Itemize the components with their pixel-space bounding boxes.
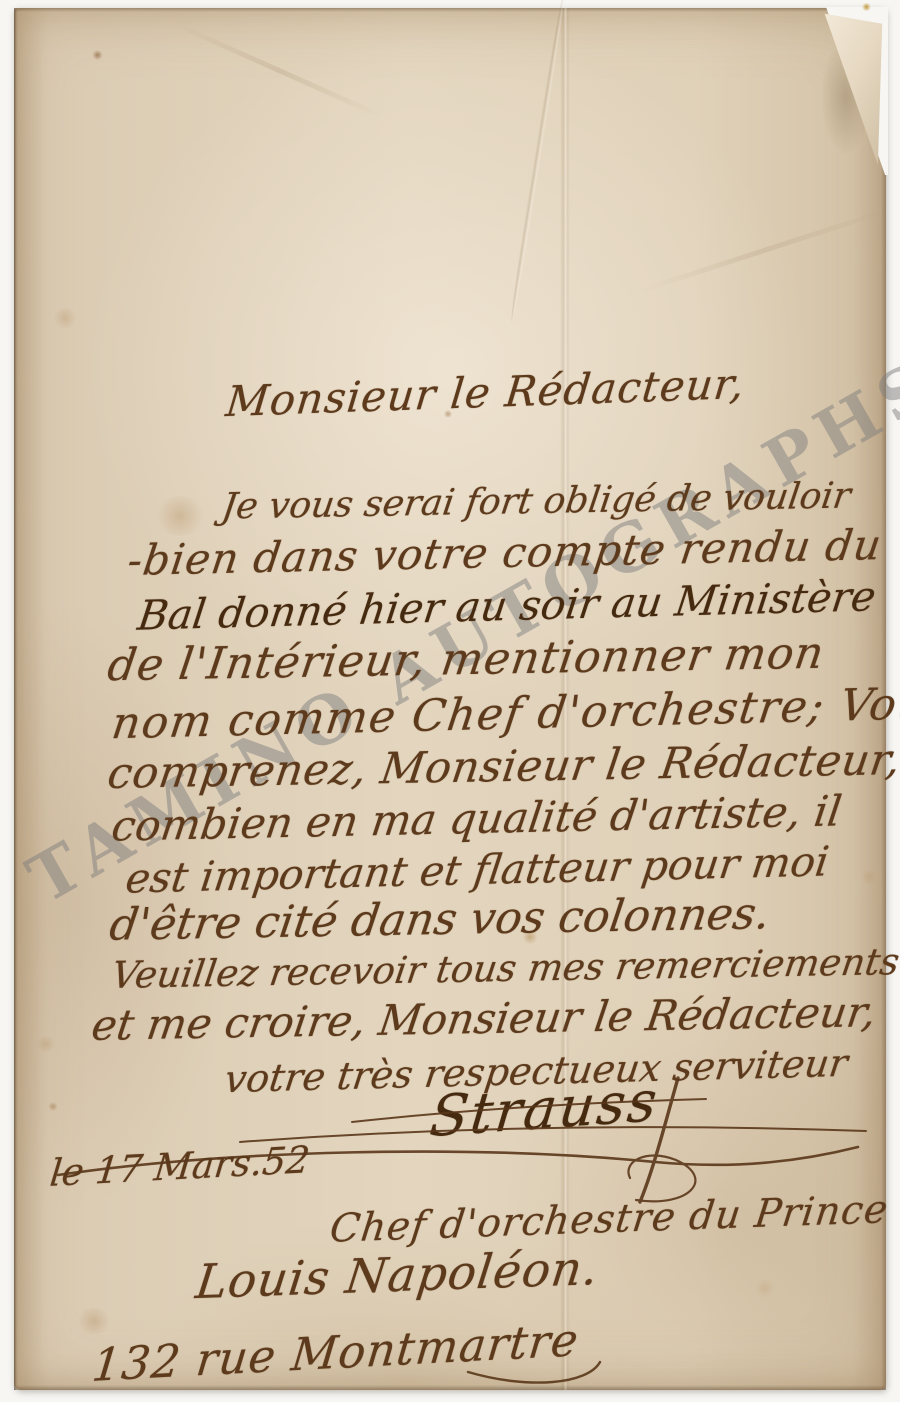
stain: [76, 1308, 112, 1334]
scanned-letter-scene: TAMINO AUTOGRAPHS Monsieur le Rédacteur,…: [0, 0, 900, 1402]
stain: [154, 496, 206, 536]
stain: [36, 1036, 56, 1052]
stain: [48, 1102, 58, 1111]
title-line-2: Louis Napoléon.: [193, 1245, 601, 1306]
diagonal-crease-top: [508, 0, 567, 323]
paper-edge-top: [14, 8, 886, 12]
diagonal-crease-topright: [640, 208, 889, 293]
background-speck: [862, 3, 871, 11]
stain: [860, 870, 878, 884]
stain: [754, 1280, 776, 1296]
body-line-4: de l'Intérieur, mentionner mon: [105, 632, 827, 689]
corner-fold: [816, 7, 888, 175]
body-line-9: d'être cité dans vos colonnes.: [107, 892, 773, 948]
stain: [92, 50, 103, 60]
stain: [52, 308, 78, 328]
signature: Strauss: [427, 1074, 661, 1146]
paper-edge-left: [14, 8, 18, 1390]
diagonal-crease-topleft: [173, 21, 385, 119]
